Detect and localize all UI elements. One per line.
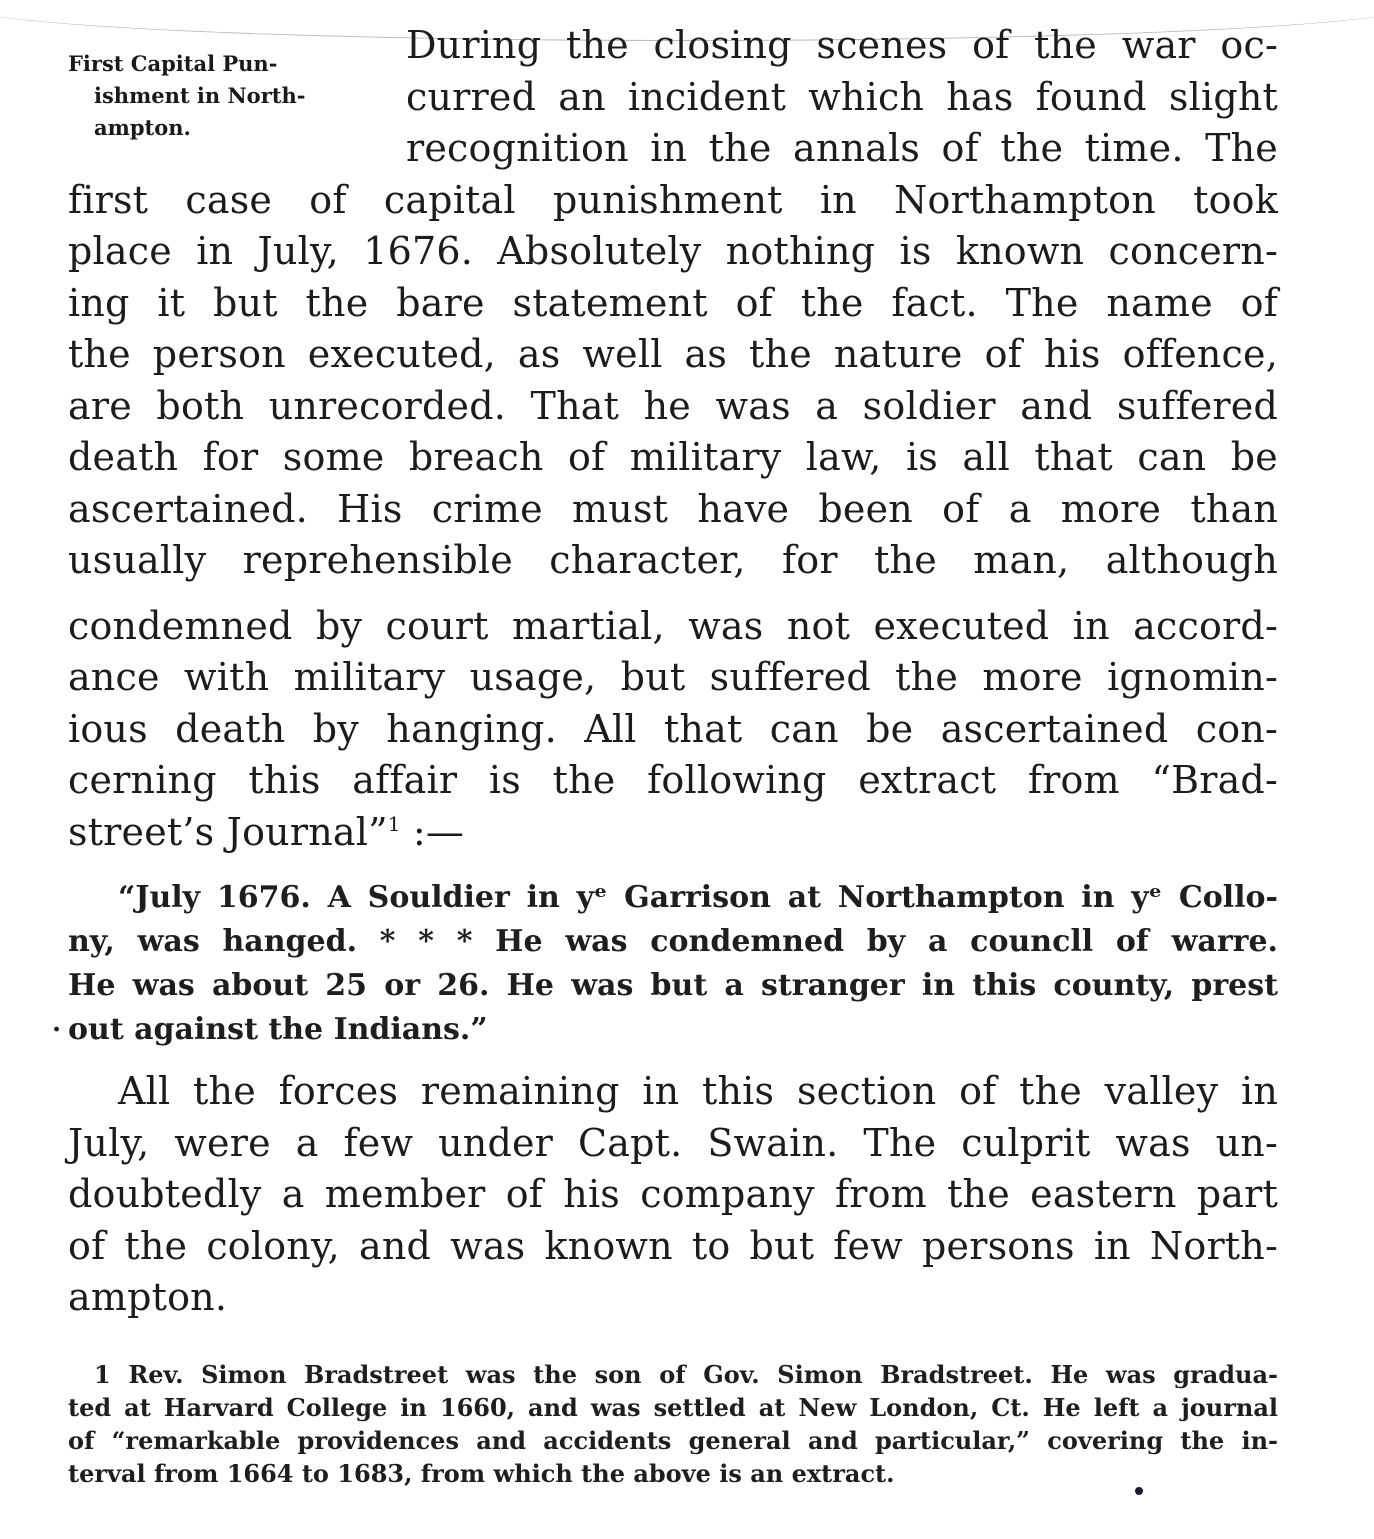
text-line: street’s Journal”1 :— xyxy=(68,807,1278,859)
text-line: condemned by court martial, was not exec… xyxy=(68,601,1278,653)
text-line: of the colony, and was known to but few … xyxy=(68,1221,1278,1273)
journal-title-text: street’s Journal” xyxy=(68,810,388,854)
text-line: ance with military usage, but suffered t… xyxy=(68,652,1278,704)
quote-line: out against the Indians.” xyxy=(68,1008,1278,1052)
text-line: ing it but the bare statement of the fac… xyxy=(68,278,1278,330)
paragraph-2: All the forces remaining in this section… xyxy=(68,1066,1278,1324)
footnote-line: ted at Harvard College in 1660, and was … xyxy=(68,1391,1278,1424)
text-line: During the closing scenes of the war oc- xyxy=(406,20,1278,72)
text-line: are both unrecorded. That he was a soldi… xyxy=(68,381,1278,433)
margin-mark: · xyxy=(52,1008,61,1052)
quote-line: He was about 25 or 26. He was but a stra… xyxy=(68,964,1278,1008)
text-line: cerning this affair is the following ext… xyxy=(68,755,1278,807)
text-line: ascertained. His crime must have been of… xyxy=(68,484,1278,536)
text-line: July, were a few under Capt. Swain. The … xyxy=(68,1118,1278,1170)
text-line: the person executed, as well as the natu… xyxy=(68,329,1278,381)
margin-sidenote: First Capital Pun- ishment in North- amp… xyxy=(68,48,368,144)
line-tail: :— xyxy=(401,810,464,854)
text-line: death for some breach of military law, i… xyxy=(68,432,1278,484)
text-line: ious death by hanging. All that can be a… xyxy=(68,704,1278,756)
text-line: All the forces remaining in this section… xyxy=(68,1066,1278,1118)
sidenote-line: First Capital Pun- xyxy=(68,48,368,80)
journal-quotation: “July 1676. A Souldier in yᵉ Garrison at… xyxy=(68,876,1278,1052)
book-page: First Capital Pun- ishment in North- amp… xyxy=(68,20,1278,1490)
sidenote-line: ishment in North- xyxy=(68,80,368,112)
text-line: usually reprehensible character, for the… xyxy=(68,535,1278,587)
ink-speck xyxy=(1135,1487,1143,1495)
footnote-reference[interactable]: 1 xyxy=(388,812,401,836)
text-line: first case of capital punishment in Nort… xyxy=(68,175,1278,227)
quote-line: “July 1676. A Souldier in yᵉ Garrison at… xyxy=(68,876,1278,920)
quote-line: ny, was hanged. * * * He was condemned b… xyxy=(68,920,1278,964)
sidenote-line: ampton. xyxy=(68,112,368,144)
footnote-line: 1 Rev. Simon Bradstreet was the son of G… xyxy=(68,1358,1278,1391)
text-line: recognition in the annals of the time. T… xyxy=(406,123,1278,175)
text-line: ampton. xyxy=(68,1272,1278,1324)
text-line: place in July, 1676. Absolutely nothing … xyxy=(68,226,1278,278)
text-line: curred an incident which has found sligh… xyxy=(406,72,1278,124)
footnote-1: 1 Rev. Simon Bradstreet was the son of G… xyxy=(68,1358,1278,1490)
footnote-line: of “remarkable providences and accidents… xyxy=(68,1424,1278,1457)
footnote-line: terval from 1664 to 1683, from which the… xyxy=(68,1457,1278,1490)
text-line: doubtedly a member of his company from t… xyxy=(68,1169,1278,1221)
paragraph-1: During the closing scenes of the war oc-… xyxy=(68,20,1278,858)
